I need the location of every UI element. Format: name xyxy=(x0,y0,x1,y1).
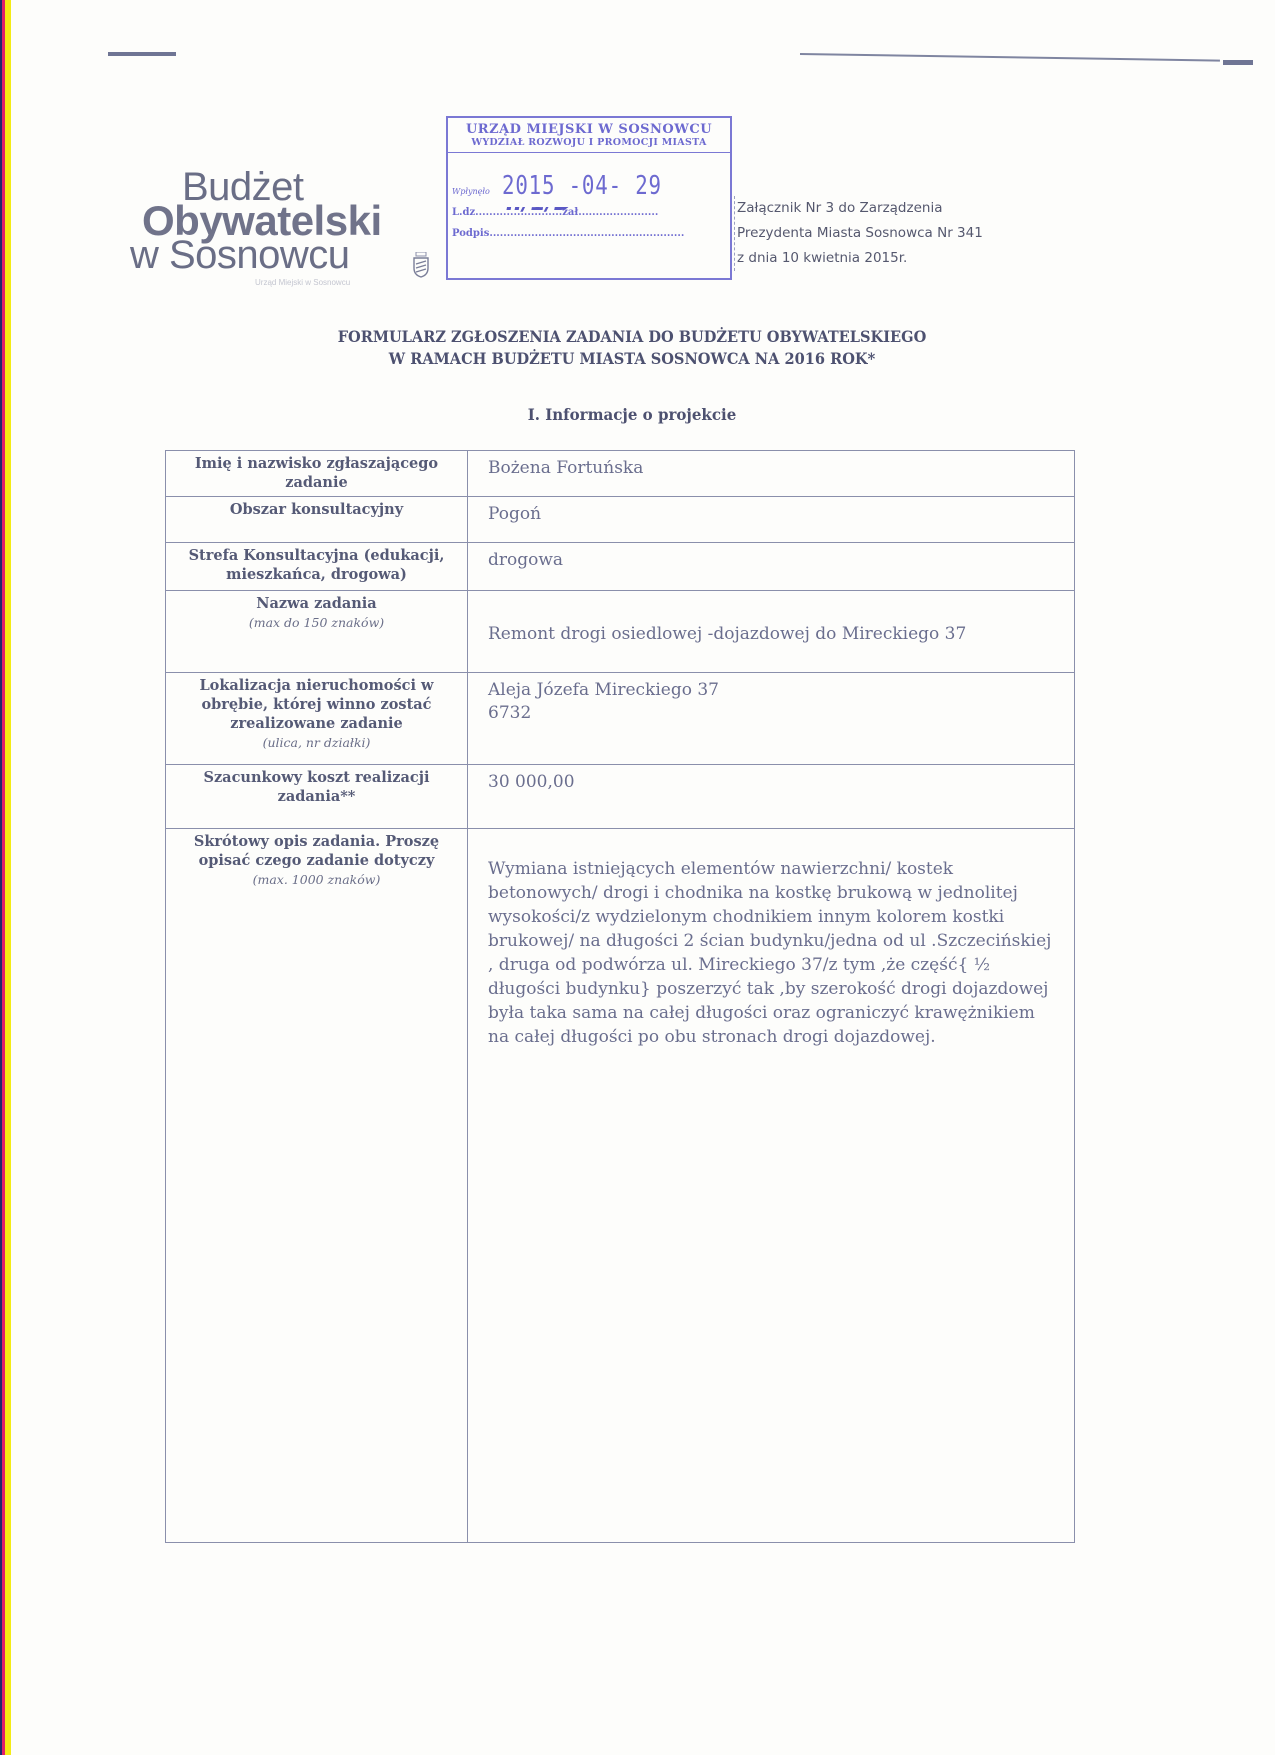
stamp-office: URZĄD MIEJSKI W SOSNOWCU xyxy=(448,122,730,137)
form-title-line-2: W RAMACH BUDŻETU MIASTA SOSNOWCA NA 2016… xyxy=(284,348,980,370)
table-row-description: Skrótowy opis zadania. Proszę opisać cze… xyxy=(166,829,1075,1543)
label-description: Skrótowy opis zadania. Proszę opisać cze… xyxy=(166,829,468,1543)
value-location: Aleja Józefa Mireckiego 37 6732 xyxy=(468,673,1075,765)
note-task-name: (max do 150 znaków) xyxy=(170,613,463,632)
scan-artifact-line xyxy=(108,52,176,56)
form-title-line-1: FORMULARZ ZGŁOSZENIA ZADANIA DO BUDŻETU … xyxy=(284,326,980,348)
project-info-table: Imię i nazwisko zgłaszającego zadanie Bo… xyxy=(165,450,1075,1543)
stamp-signature-label: Podpis..................................… xyxy=(448,228,730,239)
label-cost: Szacunkowy koszt realizacji zadania** xyxy=(166,765,468,829)
table-row-zone: Strefa Konsultacyjna (edukacji, mieszkań… xyxy=(166,543,1075,591)
scan-artifact-line xyxy=(800,53,1220,62)
table-row-cost: Szacunkowy koszt realizacji zadania** 30… xyxy=(166,765,1075,829)
value-location-street: Aleja Józefa Mireckiego 37 xyxy=(488,679,1054,702)
stamp-received-date: 2015 -04- 29 xyxy=(502,171,662,201)
value-zone: drogowa xyxy=(468,543,1075,591)
table-row-area: Obszar konsultacyjny Pogoń xyxy=(166,497,1075,543)
budget-logo: Budżet Obywatelski w Sosnowcu Urząd Miej… xyxy=(130,170,430,287)
form-title: FORMULARZ ZGŁOSZENIA ZADANIA DO BUDŻETU … xyxy=(284,326,980,370)
label-applicant: Imię i nazwisko zgłaszającego zadanie xyxy=(166,451,468,497)
annex-line-3: z dnia 10 kwietnia 2015r. xyxy=(737,246,983,271)
note-description: (max. 1000 znaków) xyxy=(170,870,463,889)
logo-line-3: w Sosnowcu xyxy=(130,238,430,272)
note-location: (ulica, nr działki) xyxy=(170,733,463,752)
section-title: I. Informacje o projekcie xyxy=(284,405,980,424)
value-cost: 30 000,00 xyxy=(468,765,1075,829)
logo-subtitle: Urząd Miejski w Sosnowcu xyxy=(255,278,430,287)
received-stamp: URZĄD MIEJSKI W SOSNOWCU WYDZIAŁ ROZWOJU… xyxy=(446,116,732,280)
label-task-name: Nazwa zadania (max do 150 znaków) xyxy=(166,591,468,673)
label-zone: Strefa Konsultacyjna (edukacji, mieszkań… xyxy=(166,543,468,591)
value-task-name: Remont drogi osiedlowej -dojazdowej do M… xyxy=(468,591,1075,673)
label-location: Lokalizacja nieruchomości w obrębie, któ… xyxy=(166,673,468,765)
value-area: Pogoń xyxy=(468,497,1075,543)
scan-edge-strip xyxy=(0,0,11,1755)
table-row-applicant: Imię i nazwisko zgłaszającego zadanie Bo… xyxy=(166,451,1075,497)
scan-artifact-line xyxy=(1223,60,1253,65)
value-description: Wymiana istniejących elementów nawierzch… xyxy=(468,829,1075,1543)
stamp-ldz-line: L.dz.........................zał........… xyxy=(448,207,730,218)
table-row-task-name: Nazwa zadania (max do 150 znaków) Remont… xyxy=(166,591,1075,673)
annex-note: Załącznik Nr 3 do Zarządzenia Prezydenta… xyxy=(734,196,983,271)
label-area: Obszar konsultacyjny xyxy=(166,497,468,543)
table-row-location: Lokalizacja nieruchomości w obrębie, któ… xyxy=(166,673,1075,765)
value-location-plot: 6732 xyxy=(488,702,1054,725)
value-applicant: Bożena Fortuńska xyxy=(468,451,1075,497)
annex-line-2: Prezydenta Miasta Sosnowca Nr 341 xyxy=(737,221,983,246)
scan-edge-yellow xyxy=(5,0,11,1755)
city-crest-icon xyxy=(412,252,430,278)
stamp-received-label: Wpłynęło xyxy=(452,187,490,196)
annex-line-1: Załącznik Nr 3 do Zarządzenia xyxy=(737,196,983,221)
stamp-ldz-handwritten: II/1/D xyxy=(506,207,572,216)
stamp-department: WYDZIAŁ ROZWOJU I PROMOCJI MIASTA xyxy=(448,137,730,153)
